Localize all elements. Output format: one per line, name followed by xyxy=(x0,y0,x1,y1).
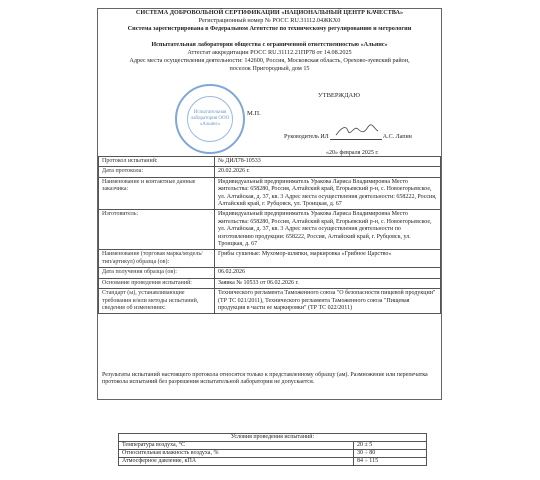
table-row: Атмосферное давление, кПА84 ÷ 115 xyxy=(119,458,427,466)
address-line-1: Адрес места осуществления деятельности: … xyxy=(98,57,441,65)
row-value: Индивидуальный предприниматель Уракова Л… xyxy=(215,210,441,250)
condition-label: Атмосферное давление, кПА xyxy=(119,458,354,466)
conditions-title-row: Условия проведения испытаний: xyxy=(119,434,427,442)
approve-label: УТВЕРЖДАЮ xyxy=(318,92,360,99)
row-label: Изготовитель: xyxy=(99,210,215,250)
row-label: Стандарт (ы), устанавливающие требования… xyxy=(99,289,215,314)
table-row: Изготовитель:Индивидуальный предпринимат… xyxy=(99,210,441,250)
signature-icon xyxy=(330,129,382,140)
mp-label: М.П. xyxy=(247,110,261,117)
row-value: Заявка № 10533 от 06.02.2026 г. xyxy=(215,278,441,288)
disclaimer-note: Результаты испытаний настоящего протокол… xyxy=(102,372,437,387)
lab-stamp-icon: Испытательная лаборатория ООО «Альянс» xyxy=(175,84,245,154)
signer-role: Руководитель ИЛ xyxy=(284,134,329,140)
row-label: Наименование и контактные данные заказчи… xyxy=(99,177,215,210)
row-label: Дата протокола: xyxy=(99,167,215,177)
condition-label: Температура воздуха, °С xyxy=(119,442,354,450)
condition-value: 20 ± 5 xyxy=(354,442,427,450)
registered-with: Система зарегистрирована в Федеральном А… xyxy=(98,25,441,33)
table-row: Дата получения образца (ов):06.02.2026 xyxy=(99,268,441,278)
protocol-table: Протокол испытаний:№ ДИЛ78-10533 Дата пр… xyxy=(98,156,441,314)
row-label: Основание проведения испытаний: xyxy=(99,278,215,288)
table-row: Наименование и контактные данные заказчи… xyxy=(99,177,441,210)
table-row: Относительная влажность воздуха, %30 ÷ 8… xyxy=(119,450,427,458)
row-value: Грибы сушеные: Мухомор-шляпки, маркировк… xyxy=(215,250,441,268)
condition-label: Относительная влажность воздуха, % xyxy=(119,450,354,458)
table-row: Наименование (торговая марка/модель/тип/… xyxy=(99,250,441,268)
accreditation: Аттестат аккредитации РОСС RU.31112.21ПР… xyxy=(98,49,441,57)
document-header: СИСТЕМА ДОБРОВОЛЬНОЙ СЕРТИФИКАЦИИ «НАЦИО… xyxy=(98,9,441,73)
protocol-page: СИСТЕМА ДОБРОВОЛЬНОЙ СЕРТИФИКАЦИИ «НАЦИО… xyxy=(97,8,442,400)
table-row: Температура воздуха, °С20 ± 5 xyxy=(119,442,427,450)
condition-value: 30 ÷ 80 xyxy=(354,450,427,458)
row-value: 20.02.2026 г. xyxy=(215,167,441,177)
row-value: № ДИЛ78-10533 xyxy=(215,157,441,167)
row-value: Технического регламента Таможенного союз… xyxy=(215,289,441,314)
table-row: Стандарт (ы), устанавливающие требования… xyxy=(99,289,441,314)
registration-number: Регистрационный номер № РОСС RU.31112.04… xyxy=(98,17,441,25)
condition-value: 84 ÷ 115 xyxy=(354,458,427,466)
conditions-title: Условия проведения испытаний: xyxy=(119,434,427,442)
signer-line: Руководитель ИЛ А.С. Лапин xyxy=(284,129,412,140)
row-label: Протокол испытаний: xyxy=(99,157,215,167)
address-line-2: поселок Пригородный, дом 15 xyxy=(98,65,441,73)
stamp-text: Испытательная лаборатория ООО «Альянс» xyxy=(187,96,233,142)
row-value: Индивидуальный предприниматель Уракова Л… xyxy=(215,177,441,210)
lab-name: Испытательная лаборатория общества с огр… xyxy=(98,41,441,49)
system-title: СИСТЕМА ДОБРОВОЛЬНОЙ СЕРТИФИКАЦИИ «НАЦИО… xyxy=(98,9,441,17)
row-value: 06.02.2026 xyxy=(215,268,441,278)
table-row: Основание проведения испытаний:Заявка № … xyxy=(99,278,441,288)
table-row: Протокол испытаний:№ ДИЛ78-10533 xyxy=(99,157,441,167)
table-row: Дата протокола:20.02.2026 г. xyxy=(99,167,441,177)
row-label: Наименование (торговая марка/модель/тип/… xyxy=(99,250,215,268)
conditions-table: Условия проведения испытаний: Температур… xyxy=(118,433,427,466)
row-label: Дата получения образца (ов): xyxy=(99,268,215,278)
signer-name: А.С. Лапин xyxy=(383,134,412,140)
